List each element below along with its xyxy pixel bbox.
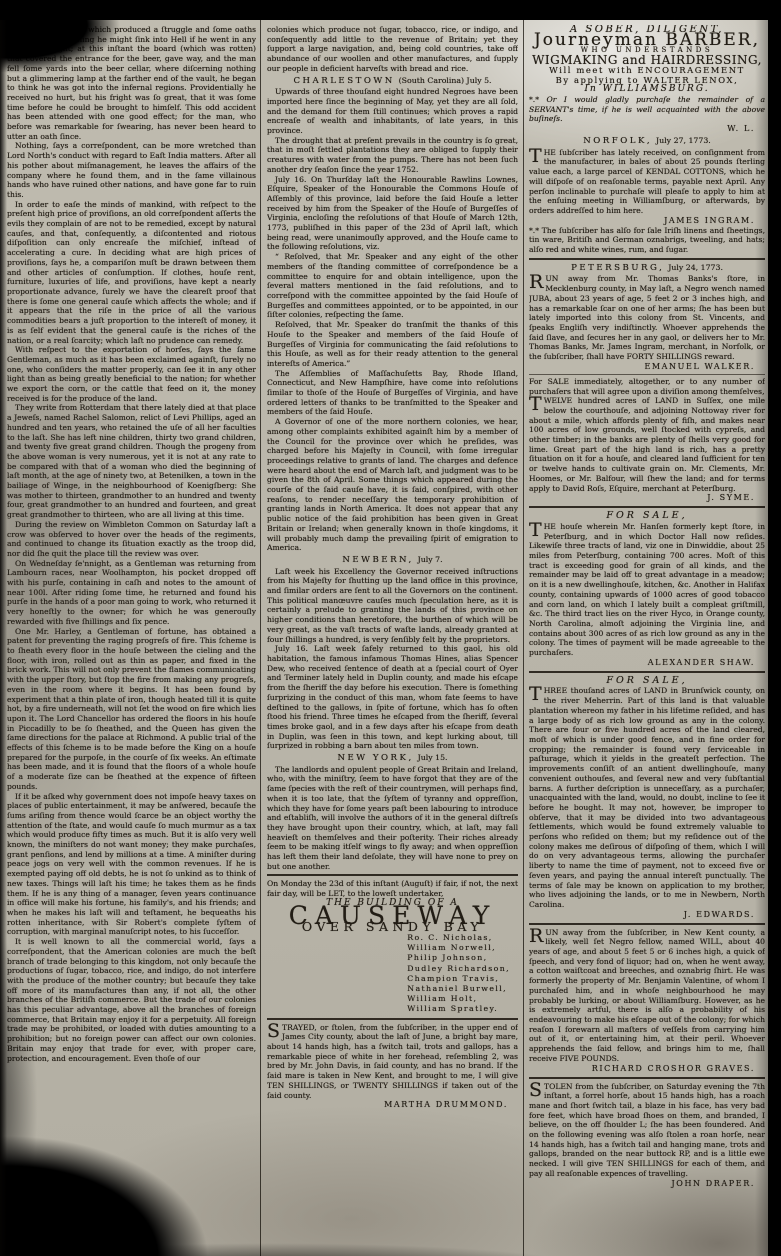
section-rule bbox=[267, 874, 518, 876]
heading: In WILLIAMSBURG. bbox=[529, 85, 765, 95]
paragraph: RUN away from Mr. Thomas Banks's ſtore, … bbox=[529, 274, 765, 361]
dateline: NORFOLK, July 27, 1773. bbox=[529, 136, 765, 147]
heading: OVER SANDY BAY bbox=[267, 922, 518, 932]
heading: FOR SALE, bbox=[529, 511, 765, 521]
heading: FOR SALE, bbox=[529, 676, 765, 686]
dropcap-letter: T bbox=[529, 396, 544, 412]
dropcap-letter: R bbox=[529, 928, 545, 944]
signatory-name: Champion Travis, bbox=[407, 974, 510, 984]
column-left: poſed to three men, which produced a ſtr… bbox=[7, 25, 256, 1248]
section-rule bbox=[529, 374, 765, 375]
paragraph: If it be aſked why government does not i… bbox=[7, 792, 256, 938]
signatory-name: Philip Johnson, bbox=[407, 953, 510, 963]
paragraph: They write from Rotterdam that there lat… bbox=[7, 403, 256, 519]
paragraph: THE houſe wherein Mr. Hanſen formerly ke… bbox=[529, 522, 765, 658]
section-rule bbox=[529, 258, 765, 260]
paragraph: poſed to three men, which produced a ſtr… bbox=[7, 25, 256, 141]
dateline: PETERSBURG, July 24, 1773. bbox=[529, 263, 765, 274]
dropcap-letter: T bbox=[529, 522, 544, 538]
dropcap-letter: S bbox=[267, 1023, 282, 1039]
paragraph: “ Reſolved, that Mr. Speaker and any eig… bbox=[267, 252, 518, 320]
paragraph: Laſt week his Excellency the Governor re… bbox=[267, 567, 518, 645]
signature: JAMES INGRAM. bbox=[529, 216, 765, 226]
heading: Journeyman BARBER, bbox=[529, 36, 765, 46]
paragraph: July 16. On Thurſday laſt the Honourable… bbox=[267, 175, 518, 253]
signature: JOHN DRAPER. bbox=[529, 1179, 765, 1189]
section-rule bbox=[529, 1077, 765, 1079]
paragraph: THREE thouſand acres of LAND in Brunſwic… bbox=[529, 686, 765, 909]
signature: EMANUEL WALKER. bbox=[529, 362, 765, 372]
dateline-date: July 15. bbox=[414, 753, 448, 762]
signature: W. L. bbox=[529, 124, 765, 134]
dateline-place: PETERSBURG, bbox=[571, 263, 664, 273]
paragraph: One Mr. Harley, a Gentleman of fortune, … bbox=[7, 627, 256, 792]
signatory-name: Dudley Richardson, bbox=[407, 964, 510, 974]
paragraph: RUN away from the ſubſcriber, in New Ken… bbox=[529, 928, 765, 1064]
paragraph: During the review on Wimbleton Common on… bbox=[7, 520, 256, 559]
dateline: NEW YORK, July 15. bbox=[267, 753, 518, 764]
signature: J. SYME. bbox=[529, 493, 765, 503]
paragraph: The drought that at preſent prevails in … bbox=[267, 136, 518, 175]
paragraph: With reſpect to the exportation of horſe… bbox=[7, 345, 256, 403]
paragraph: *.* The ſubſcriber has alſo for ſale Iri… bbox=[529, 226, 765, 255]
signatory-name: William Spratley. bbox=[407, 1004, 510, 1014]
paragraph: *.* Or I would gladly purchaſe the remai… bbox=[529, 95, 765, 124]
newspaper-page: poſed to three men, which produced a ſtr… bbox=[0, 0, 781, 1256]
dateline: NEWBERN, July 7. bbox=[267, 555, 518, 566]
paragraph: Upwards of three thouſand eight hundred … bbox=[267, 87, 518, 136]
column-divider-right bbox=[523, 18, 524, 1256]
paragraph: The Aſſemblies of Maſſachuſetts Bay, Rho… bbox=[267, 369, 518, 418]
signatories-list: Ro. C. Nicholas,William Norwell,Philip J… bbox=[407, 933, 510, 1015]
dateline-date: (South Carolina) July 5. bbox=[395, 76, 492, 85]
signatory-name: Nathaniel Burwell, bbox=[407, 984, 510, 994]
paragraph: July 16. Laſt week ſafely returned to th… bbox=[267, 644, 518, 751]
dateline-date: July 27, 1773. bbox=[652, 136, 711, 145]
signature: RICHARD CROSHOR GRAVES. bbox=[529, 1064, 765, 1074]
dropcap-letter: S bbox=[529, 1082, 544, 1098]
column-right: A SOBER, DILIGENT,Journeyman BARBER,WHO … bbox=[529, 25, 765, 1248]
dropcap-letter: T bbox=[529, 686, 544, 702]
paragraph: In order to eaſe the minds of mankind, w… bbox=[7, 200, 256, 346]
dateline-place: NEWBERN, bbox=[342, 555, 413, 565]
dropcap-letter: T bbox=[529, 148, 544, 164]
dateline-place: NORFOLK, bbox=[583, 136, 652, 146]
paragraph: STRAYED, or ſtolen, from the ſubſcriber,… bbox=[267, 1023, 518, 1101]
signatory-name: William Norwell, bbox=[407, 943, 510, 953]
signature: J. EDWARDS. bbox=[529, 910, 765, 920]
signatory-name: Ro. C. Nicholas, bbox=[407, 933, 510, 943]
section-rule bbox=[529, 671, 765, 673]
signature: ALEXANDER SHAW. bbox=[529, 658, 765, 668]
section-rule bbox=[529, 506, 765, 508]
paragraph: The landlords and opulent people of Grea… bbox=[267, 765, 518, 872]
dropcap-letter: R bbox=[529, 274, 545, 290]
dateline-place: NEW YORK, bbox=[337, 753, 413, 763]
signatory-name: William Holt, bbox=[407, 994, 510, 1004]
paragraph: For SALE immediately, altogether, or to … bbox=[529, 377, 765, 396]
paragraph: THE ſubſcriber has lately received, on c… bbox=[529, 148, 765, 216]
dateline-date: July 24, 1773. bbox=[664, 263, 723, 272]
dateline: CHARLESTOWN (South Carolina) July 5. bbox=[267, 76, 518, 87]
paragraph: TWELVE hundred acres of LAND in Suſſex, … bbox=[529, 396, 765, 493]
paragraph: On Wedneſday ſe'nnight, as a Gentleman w… bbox=[7, 559, 256, 627]
paragraph: colonies which produce not ſugar, tobacc… bbox=[267, 25, 518, 74]
paragraph: A Governor of one of the more northern c… bbox=[267, 417, 518, 553]
paragraph: Nothing, ſays a correſpondent, can be mo… bbox=[7, 141, 256, 199]
dateline-place: CHARLESTOWN bbox=[293, 76, 394, 86]
column-divider-left bbox=[260, 18, 261, 1256]
paragraph: It is well known to all the commercial w… bbox=[7, 937, 256, 1063]
signature: MARTHA DRUMMOND. bbox=[267, 1100, 518, 1110]
column-middle: colonies which produce not ſugar, tobacc… bbox=[267, 25, 518, 1248]
section-rule bbox=[267, 1018, 518, 1020]
paragraph: On Monday the 23d of this inſtant (Auguſ… bbox=[267, 879, 518, 898]
dateline-date: July 7. bbox=[414, 555, 443, 564]
paragraph: STOLEN from the ſubſcriber, on Saturday … bbox=[529, 1082, 765, 1179]
paragraph: Reſolved, that Mr. Speaker do tranſmit t… bbox=[267, 320, 518, 369]
section-rule bbox=[529, 923, 765, 925]
